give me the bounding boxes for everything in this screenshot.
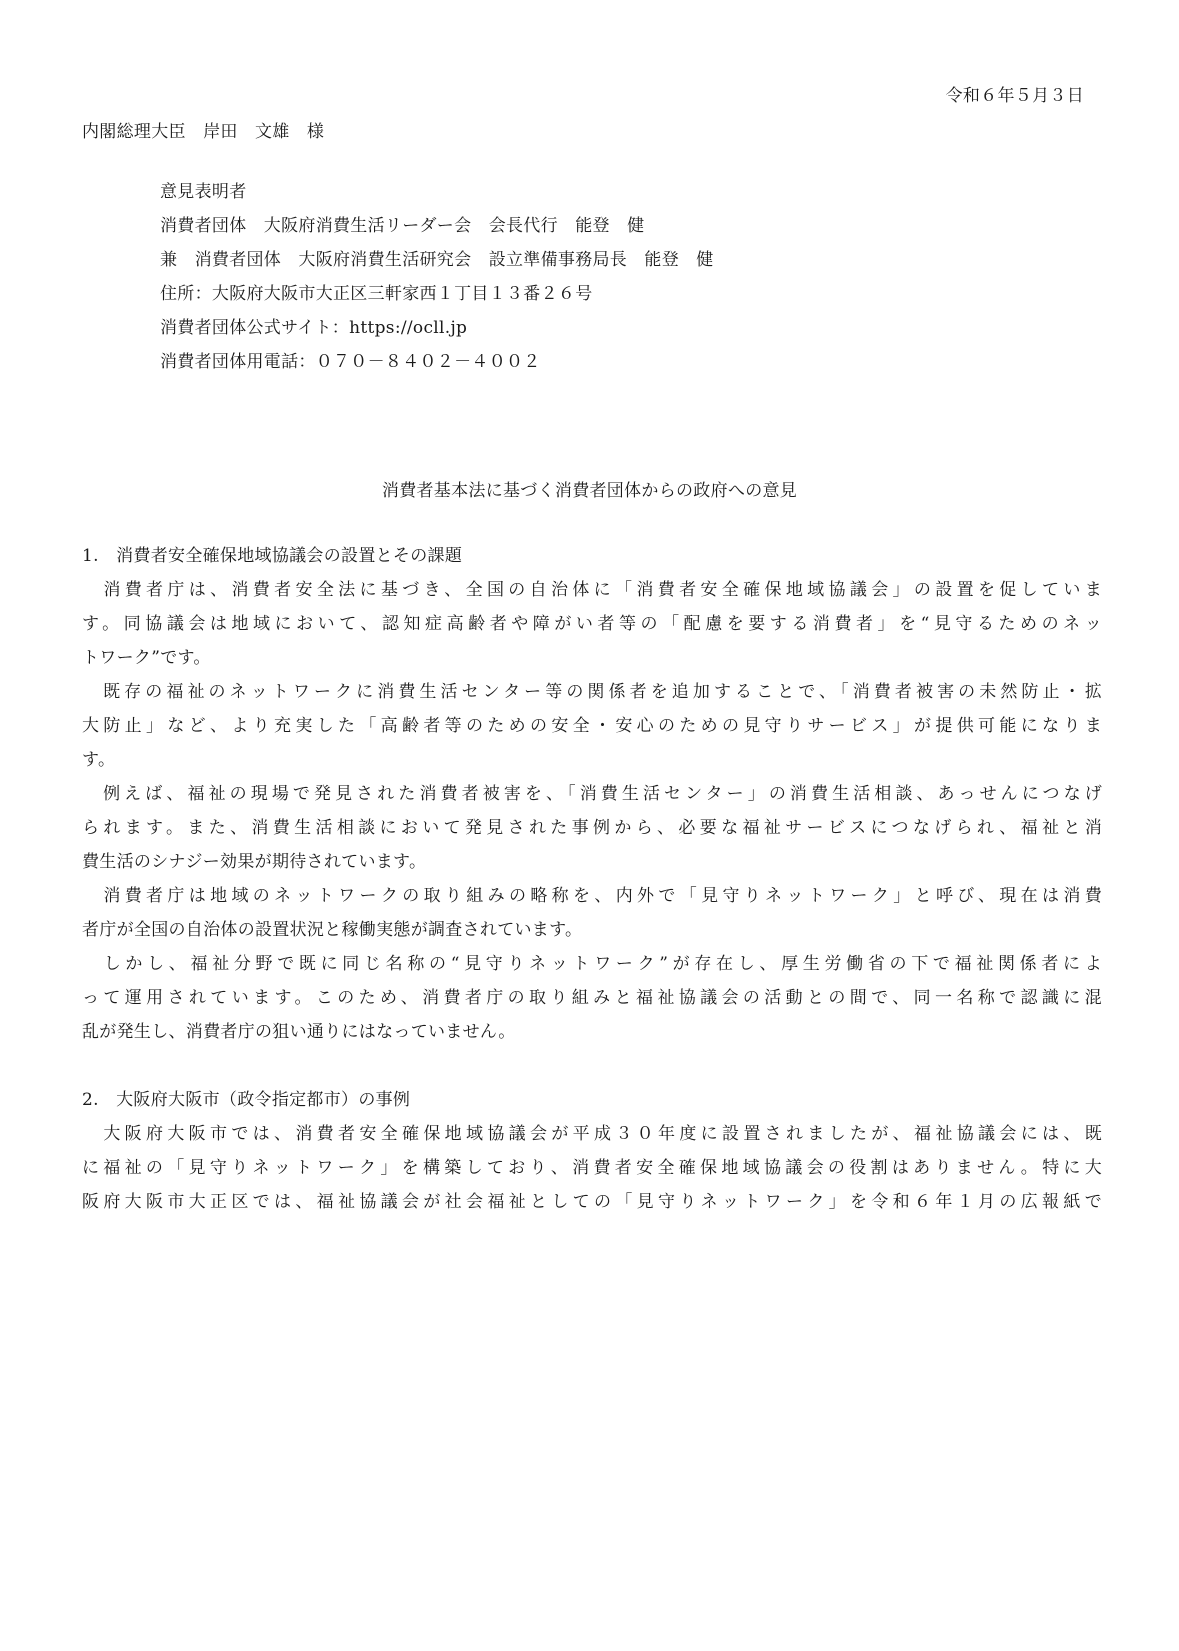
addressee: 内閣総理大臣 岸田 文雄 様 (82, 121, 324, 143)
paragraph-line: に福祉の「見守りネットワーク」を構築しており、消費者安全確保地域協議会の役割はあ… (82, 1157, 1102, 1179)
sender-phone: 消費者団体用電話：０７０－８４０２－４００２ (160, 351, 541, 373)
section-heading: 2. 大阪府大阪市（政令指定都市）の事例 (82, 1089, 1102, 1111)
sender-website: 消費者団体公式サイト：https://ocll.jp (160, 317, 467, 339)
paragraph-line: 消費者庁は、消費者安全法に基づき、全国の自治体に「消費者安全確保地域協議会」の設… (82, 579, 1102, 601)
paragraph-line: 乱が発生し、消費者庁の狙い通りにはなっていません。 (82, 1021, 1102, 1043)
paragraph-line: 者庁が全国の自治体の設置状況と稼働実態が調査されています。 (82, 919, 1102, 941)
section-heading: 1. 消費者安全確保地域協議会の設置とその課題 (82, 545, 1102, 567)
paragraph-line: す。同協議会は地域において、認知症高齢者や障がい者等の「配慮を要する消費者」を“… (82, 613, 1102, 635)
paragraph-line: しかし、福祉分野で既に同じ名称の“見守りネットワーク”が存在し、厚生労働省の下で… (82, 953, 1102, 975)
paragraph-line: 大阪府大阪市では、消費者安全確保地域協議会が平成３０年度に設置されましたが、福祉… (82, 1123, 1102, 1145)
paragraph-line: 既存の福祉のネットワークに消費生活センター等の関係者を追加することで、「消費者被… (82, 681, 1102, 703)
paragraph-line: られます。また、消費生活相談において発見された事例から、必要な福祉サービスにつな… (82, 817, 1102, 839)
sender-line-org: 消費者団体 大阪府消費生活リーダー会 会長代行 能登 健 (160, 215, 644, 237)
sender-address: 住所：大阪府大阪市大正区三軒家西１丁目１３番２６号 (160, 283, 593, 305)
paragraph-line: 例えば、福祉の現場で発見された消費者被害を、「消費生活センター」の消費生活相談、… (82, 783, 1102, 805)
document-date: 令和６年５月３日 (946, 85, 1084, 107)
sender-label: 意見表明者 (160, 181, 247, 203)
paragraph-line: トワーク”です。 (82, 647, 1102, 669)
paragraph-line: す。 (82, 749, 1102, 771)
document-title: 消費者基本法に基づく消費者団体からの政府への意見 (0, 480, 1179, 502)
paragraph-line: 消費者庁は地域のネットワークの取り組みの略称を、内外で「見守りネットワーク」と呼… (82, 885, 1102, 907)
sender-line-org-2: 兼 消費者団体 大阪府消費生活研究会 設立準備事務局長 能登 健 (160, 249, 714, 271)
paragraph-line: って運用されています。このため、消費者庁の取り組みと福祉協議会の活動との間で、同… (82, 987, 1102, 1009)
paragraph-line: 阪府大阪市大正区では、福祉協議会が社会福祉としての「見守りネットワーク」を令和６… (82, 1191, 1102, 1213)
paragraph-line: 費生活のシナジー効果が期待されています。 (82, 851, 1102, 873)
document-page: 令和６年５月３日 内閣総理大臣 岸田 文雄 様 意見表明者 消費者団体 大阪府消… (0, 0, 1179, 1651)
paragraph-line: 大防止」など、より充実した「高齢者等のための安全・安心のための見守りサービス」が… (82, 715, 1102, 737)
